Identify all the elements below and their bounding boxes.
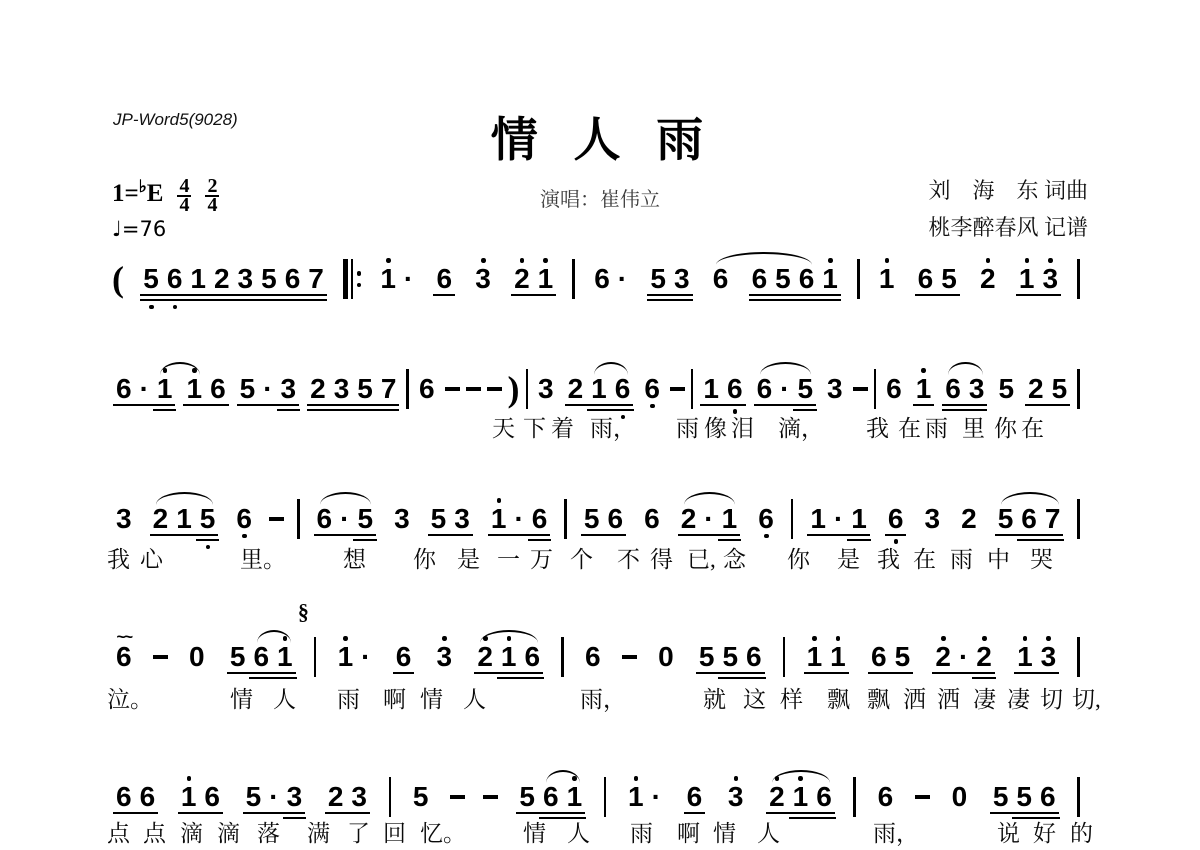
note-group: 6 [884,505,908,533]
note: 6 [640,375,664,403]
duration-dash [445,387,460,391]
tempo-marking: ♩=76 [112,217,166,241]
lyric: 情 [713,820,736,848]
note-group: 6·1 [112,375,176,403]
barline [564,499,567,539]
beam-line [237,404,299,407]
note: 1 [273,643,297,671]
beam-line [804,672,849,675]
beam-line [428,534,473,537]
duration-dash [853,387,868,391]
note: 1 [563,783,587,811]
lyric: 是 [457,546,480,574]
note: 1 [172,505,196,533]
tie-arc [480,630,538,643]
note-group: 0 [185,643,209,671]
beam-line [995,534,1064,537]
note-group: 6 [754,505,778,533]
octave-dot-low [733,409,738,414]
trill-icon: ~~ [116,624,131,652]
octave-dot-high [836,636,841,641]
note: 6 [520,643,544,671]
rest-note: 0 [185,643,209,671]
augmentation-dot: · [830,505,847,533]
note: 2 [765,783,789,811]
note-group: 1·6 [487,505,551,533]
note-group: 1· [624,783,665,811]
parenthesis: ) [508,375,520,403]
barline [406,369,409,409]
key-signature: 1=♭E 44 24 [112,176,219,212]
note: 1 [803,643,827,671]
note: 5 [994,505,1018,533]
barline [1077,369,1080,409]
note: 2 [976,265,1000,293]
meter-1: 44 [177,178,191,214]
beam-line [1016,294,1061,297]
note: 2 [564,375,588,403]
lyric: 切, [1072,686,1101,714]
note: 6 [914,265,938,293]
note-group: 6 [874,783,898,811]
note-group: 2·2 [931,643,995,671]
duration-dash [915,795,930,799]
note: 3 [234,265,258,293]
lyric: 你 [413,546,436,574]
beam-line [696,672,765,675]
lyric: 情 [420,686,443,714]
note-group: 5 [409,783,433,811]
lyric: 你 [787,546,810,574]
lyric: 好 [1033,820,1056,848]
lyric: 洒 [903,686,926,714]
note: 6 [112,375,136,403]
note-group: 0 [948,783,972,811]
note: 2 [149,505,173,533]
note: 3 [1037,643,1061,671]
note: 2 [1024,375,1048,403]
note-group: 53 [427,505,474,533]
note: 6 [232,505,256,533]
octave-dot-high [828,258,833,263]
note: 1 [847,505,871,533]
note: 3 [277,375,301,403]
note: 1 [186,265,210,293]
note: 6 [742,643,766,671]
lyric: 下 [523,415,546,443]
lyric: 得 [650,546,673,574]
lyric: 雨 [925,415,948,443]
note-group: 6 [709,265,733,293]
note: 1 [624,783,648,811]
beam-line-extra [789,817,813,820]
note-group: 1· [376,265,417,293]
beam-line-extra [528,539,552,542]
lyric: 洒 [937,686,960,714]
lyric: 里。 [240,546,286,574]
lyric: 一 [497,546,520,574]
barline [561,637,564,677]
note: 3 [283,783,307,811]
lyrics-line-3: 泣。情人雨啊情人雨，就这样飘飘洒洒凄凄切切, [0,686,1200,716]
octave-dot-low [650,404,655,409]
note: 6 [884,505,908,533]
barline [1077,777,1080,817]
beam-line [140,294,327,297]
octave-dot-high [343,636,348,641]
barline [572,259,575,299]
beam-line [749,294,841,297]
note-group: 6 [882,375,906,403]
beam-line-extra [353,539,377,542]
augmentation-dot: · [136,375,153,403]
segno-icon: § [298,599,309,625]
beam-line-extra [1041,539,1065,542]
note: 5 [353,375,377,403]
note: 6 [611,375,635,403]
lyric: 在 [913,546,936,574]
music-line-3: 321566·53531·65662·161·1632567 [112,504,1080,534]
music-line-4: 6~~0561§1·632166055611652·213 [112,642,1080,672]
lyric: 滴， [778,415,824,443]
note-group: 2·1 [677,505,741,533]
beam-line-extra [847,539,871,542]
octave-dot-high [941,636,946,641]
octave-dot-high [734,776,739,781]
note: 3 [534,375,558,403]
note-group: 3 [433,643,457,671]
lyric: 情 [230,686,253,714]
note-group: 6 [415,375,439,403]
octave-dot-high [543,258,548,263]
repeat-bar [351,259,353,299]
note: 5 [236,375,260,403]
lyric: 的 [1070,820,1093,848]
note: 1 [153,375,177,403]
beam-line [647,299,692,302]
lyric: 个 [570,546,593,574]
note: 1 [182,375,206,403]
lyrics-line-2: 我心里。想你是一万个不得已,念你是我在雨中哭 [0,546,1200,576]
note-group: 2 [957,505,981,533]
lyric: 了 [347,820,370,848]
note-group: 6 [232,505,256,533]
note-group: 23 [324,783,371,811]
beam-line [942,409,987,412]
note: 2 [677,505,701,533]
octave-dot-high [520,258,525,263]
lyric: 这 [743,686,766,714]
beam-line [942,404,987,407]
beam-line [990,812,1059,815]
lyric: 我 [866,415,889,443]
lyric: 切 [1040,686,1063,714]
repeat-start-sign [343,259,361,299]
music-line-2: 6·1165·323576)32166166·536163525 [112,374,1080,404]
octave-dot-high [481,258,486,263]
note: 7 [304,265,328,293]
beam-line [140,299,327,302]
beam-line [647,294,692,297]
beam-line [113,812,158,815]
lyric: 飘 [827,686,850,714]
sheet-page: JP-Word5(9028) 情 人 雨 演唱：崔伟立 刘 海 东 词曲 桃李醉… [0,0,1200,850]
note: 6 [795,265,819,293]
tie-arc [320,492,372,505]
tie-arc [716,252,813,265]
note-group: 3 [920,505,944,533]
note: 1 [875,265,899,293]
octave-dot-high [1023,636,1028,641]
lyric: 你 [994,415,1017,443]
note: 6 [590,265,614,293]
beam-line-extra [273,677,297,680]
note-group: 65 [914,265,961,293]
note: 1 [912,375,936,403]
lyric: 凄 [973,686,996,714]
note: 1 [497,643,521,671]
note: 7 [1041,505,1065,533]
beam-line-extra [277,409,301,412]
lyric: 点 [107,820,130,848]
note: 5 [353,505,377,533]
octave-dot-high [497,498,502,503]
note-group: 16 [177,783,224,811]
beam-line-extra [283,817,307,820]
note: 6 [709,265,733,293]
note: 2 [957,505,981,533]
note: 6 [136,783,160,811]
barline [526,369,529,409]
note: 6 [723,375,747,403]
note: 3 [450,505,474,533]
octave-dot-high [386,258,391,263]
augmentation-dot: · [259,375,276,403]
note: 2 [324,783,348,811]
augmentation-dot: · [648,783,665,811]
note: 6 [432,265,456,293]
note-group: 53 [646,265,693,293]
repeat-dots [357,271,362,287]
note-group: 21 [510,265,557,293]
note: 6 [882,375,906,403]
barline [783,637,786,677]
note: 3 [1038,265,1062,293]
lyric: 在 [898,415,921,443]
lyric: 里 [962,415,985,443]
tie-arc [684,492,736,505]
augmentation-dot: · [614,265,631,293]
beam-line-extra [812,817,836,820]
lyric: 满 [307,820,330,848]
beam-line-extra [972,677,996,680]
note: 6 [281,265,305,293]
beam-line-extra [793,409,817,412]
beam-line [307,404,399,407]
barline [389,777,392,817]
beam-line-extra [587,409,611,412]
key-prefix: 1= [112,180,139,208]
note-group: 5·3 [242,783,306,811]
beam-line [868,672,913,675]
beam-line-extra [1017,539,1041,542]
note: 5 [989,783,1013,811]
note: 5 [793,375,817,403]
note: 5 [646,265,670,293]
beam-line [565,404,634,407]
beam-line [183,404,228,407]
note: 3 [390,505,414,533]
octave-dot-high [1048,258,1053,263]
lyric: 回 [383,820,406,848]
augmentation-dot: · [357,643,374,671]
note: 5 [937,265,961,293]
lyric: 飘 [867,686,890,714]
lyrics-line-1: 天下着雨，雨像泪滴，我在雨里你在 [0,415,1200,445]
note: 1 [177,783,201,811]
note: 5 [891,643,915,671]
lyric: 泪 [731,415,754,443]
barline [1077,499,1080,539]
lyric: 滴 [217,820,240,848]
note: 5 [257,265,281,293]
note: 2 [931,643,955,671]
lyric: 落 [257,820,280,848]
tie-arc [546,770,580,783]
note: 6 [581,643,605,671]
barline [791,499,794,539]
lyric: 情 [523,820,546,848]
note: 6 [163,265,187,293]
note: 6 [754,505,778,533]
note: 3 [347,783,371,811]
note-group: 13 [1013,643,1060,671]
beam-line [178,812,223,815]
note-group: 16 [182,375,229,403]
augmentation-dot: · [700,505,717,533]
note: 1 [718,505,742,533]
note: 1 [826,643,850,671]
note: 1 [487,505,511,533]
duration-dash [450,795,465,799]
note: 6 [867,643,891,671]
note-group: 3 [471,265,495,293]
note: 1 [806,505,830,533]
tie-arc [257,630,291,643]
tie-arc [760,362,812,375]
note: 6 [528,505,552,533]
lyric: 在 [1021,415,1044,443]
note: 6 [748,265,772,293]
lyric: 样 [780,686,803,714]
arranger-credit: 桃李醉春风 记谱 [928,209,1088,246]
flat-icon: ♭ [139,177,147,197]
octave-dot-high [982,636,987,641]
lyric: 雨， [580,686,626,714]
note: 6 [392,643,416,671]
octave-dot-high [986,258,991,263]
beam-line [684,812,706,815]
note: 3 [112,505,136,533]
lyric: 忆。 [420,820,466,848]
note-group: 6·5 [753,375,817,403]
beam-line-extra [153,409,177,412]
note-group: 66 [112,783,159,811]
augmentation-dot: · [510,505,527,533]
note-group: 215 [149,505,220,533]
lyric: 心 [140,546,163,574]
rest-note: 0 [948,783,972,811]
octave-dot-low [173,305,178,310]
note-group: 216 [473,643,544,671]
lyric: 我 [107,546,130,574]
lyric: 人 [463,686,486,714]
note: 6 [941,375,965,403]
beam-line [150,534,219,537]
octave-dot-low [894,539,899,544]
beam-line [325,812,370,815]
note-group: 3 [823,375,847,403]
note: 5 [994,375,1018,403]
music-line-1: (561235671·63216·5366561165213 [112,264,1080,294]
note-group: 556 [989,783,1060,811]
note: 6 [249,643,273,671]
note-group: 216 [765,783,836,811]
lyric: 不 [617,546,640,574]
beam-line [581,534,626,537]
note: 5 [226,643,250,671]
beam-line-extra [718,677,742,680]
note: 6 [313,505,337,533]
beam-line [678,534,740,537]
beam-line-extra [1036,817,1060,820]
note: 6 [539,783,563,811]
note: 2 [210,265,234,293]
note: 5 [695,643,719,671]
beam-line [913,404,935,407]
note: 3 [670,265,694,293]
beam-line [307,409,399,412]
song-title: 情 人 雨 [0,103,1200,170]
barline [874,369,877,409]
note: 1 [587,375,611,403]
note: 3 [433,643,457,671]
barline [691,369,694,409]
note: 5 [718,643,742,671]
duration-dash [153,655,168,659]
note-group: 6~~ [112,643,136,671]
octave-dot-high [634,776,639,781]
beam-line [915,294,960,297]
beam-line-extra [249,677,273,680]
note-group: 561 [515,783,586,811]
note: 1 [699,375,723,403]
note-group: 65 [867,643,914,671]
note-group: 1 [875,265,899,293]
tie-arc [1001,492,1059,505]
tie-arc [948,362,982,375]
note-group: 6 [392,643,416,671]
credits: 刘 海 东 词曲 桃李醉春风 记谱 [928,172,1088,246]
lyric: 雨 [337,686,360,714]
note: 6~~ [112,643,136,671]
beam-line [511,294,556,297]
lyric: 雨 [630,820,653,848]
duration-dash [483,795,498,799]
note-group: 2 [976,265,1000,293]
note: 6 [753,375,777,403]
lyric: 人 [567,820,590,848]
